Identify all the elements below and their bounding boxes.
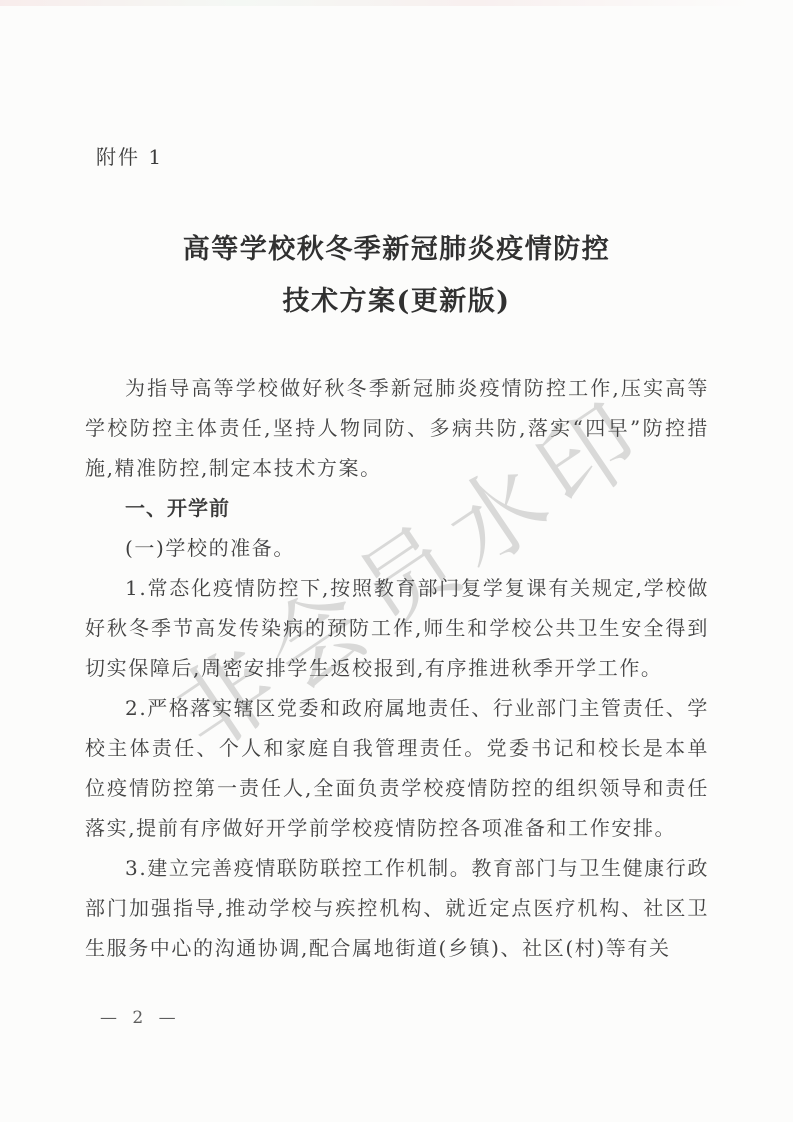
section-heading-before-opening: 一、开学前: [85, 488, 709, 528]
body-paragraph-item-2: 2.严格落实辖区党委和政府属地责任、行业部门主管责任、学校主体责任、个人和家庭自…: [85, 688, 709, 848]
document-title-line-2: 技术方案(更新版): [0, 276, 793, 328]
document-title: 高等学校秋冬季新冠肺炎疫情防控 技术方案(更新版): [0, 224, 793, 328]
document-page: 非会员水印 附件 1 高等学校秋冬季新冠肺炎疫情防控 技术方案(更新版) 为指导…: [0, 0, 793, 1122]
body-paragraph-item-3: 3.建立完善疫情联防联控工作机制。教育部门与卫生健康行政部门加强指导,推动学校与…: [85, 848, 709, 968]
attachment-label: 附件 1: [96, 141, 163, 170]
document-title-line-1: 高等学校秋冬季新冠肺炎疫情防控: [0, 224, 793, 276]
subsection-heading-school-preparation: (一)学校的准备。: [85, 528, 709, 568]
body-paragraph-item-1: 1.常态化疫情防控下,按照教育部门复学复课有关规定,学校做好秋冬季节高发传染病的…: [85, 568, 709, 688]
document-body: 为指导高等学校做好秋冬季新冠肺炎疫情防控工作,压实高等学校防控主体责任,坚持人物…: [85, 368, 709, 968]
scan-artifact: [0, 0, 793, 6]
intro-paragraph: 为指导高等学校做好秋冬季新冠肺炎疫情防控工作,压实高等学校防控主体责任,坚持人物…: [85, 368, 709, 488]
page-number: — 2 —: [100, 1008, 181, 1028]
